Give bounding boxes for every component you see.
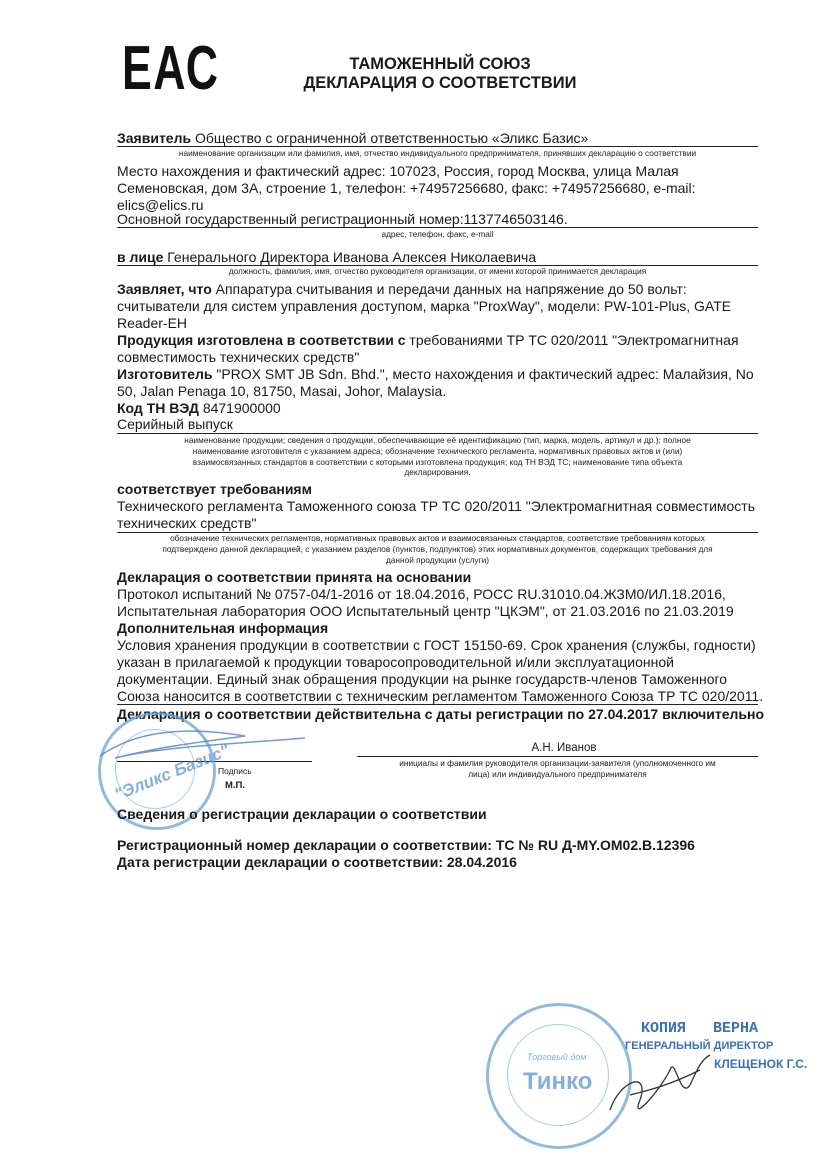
compliance-caption-1: обозначение технических регламентов, нор…	[117, 533, 758, 544]
manufacturer-line-1: Изготовитель "PROX SMT JB Sdn. Bhd.", ме…	[117, 366, 754, 383]
applicant-value: Общество с ограниченной ответственностью…	[191, 130, 588, 146]
registration-heading: Сведения о регистрации декларации о соот…	[117, 806, 487, 823]
compliance-caption-3: данной продукции (услуги)	[117, 555, 758, 566]
signer-name: А.Н. Иванов	[370, 742, 758, 754]
code-line: Код ТН ВЭД 8471900000	[117, 400, 281, 417]
signature-caption: Подпись	[218, 766, 252, 776]
produced-label: Продукция изготовлена в соответствии с	[117, 332, 406, 348]
seal-brand: Тинко	[523, 1068, 592, 1096]
ogrn-line: Основной государственный регистрационный…	[117, 211, 568, 228]
code-label: Код ТН ВЭД	[117, 400, 199, 416]
address-line-1: Место нахождения и фактический адрес: 10…	[117, 163, 679, 180]
signer-caption-line-2: лица) или индивидуального предпринимател…	[357, 769, 758, 780]
validity-line: Декларация о соответствии действительна …	[117, 706, 764, 723]
manufacturer-label: Изготовитель	[117, 366, 212, 382]
seal-subtitle: Торговый дом	[527, 1052, 587, 1062]
compliance-line-2: технических средств"	[117, 515, 256, 532]
declares-label: Заявляет, что	[117, 281, 212, 297]
registration-date: Дата регистрации декларации о соответств…	[117, 854, 517, 871]
compliance-caption-2: подтверждено данной декларацией, с указа…	[117, 544, 758, 555]
representative-line: в лице Генерального Директора Иванова Ал…	[117, 249, 536, 266]
additional-label: Дополнительная информация	[117, 620, 328, 637]
declares-line-2: считыватели для систем управления доступ…	[117, 298, 731, 315]
produced-line-2: совместимость технических средств"	[117, 349, 359, 366]
address-caption: адрес, телефон, факс, e-mail	[117, 229, 758, 240]
product-caption-2: наименование изготовителя с указанием ад…	[117, 446, 758, 457]
representative-caption: должность, фамилия, имя, отчество руково…	[117, 266, 758, 277]
compliance-label: соответствует требованиям	[117, 481, 312, 498]
copy-verified-label: КОПИЯ ВЕРНА	[641, 1020, 758, 1037]
signer-caption: инициалы и фамилия руководителя организа…	[357, 758, 758, 780]
manufacturer-text: "PROX SMT JB Sdn. Bhd.", место нахождени…	[212, 366, 753, 382]
additional-line-4: Союза наносится в соответствии с техниче…	[117, 688, 763, 705]
applicant-line: Заявитель Общество с ограниченной ответс…	[117, 130, 588, 147]
representative-label: в лице	[117, 249, 163, 265]
manufacturer-line-2: 50, Jalan Penaga 10, 81750, Masai, Johor…	[117, 383, 446, 400]
applicant-caption: наименование организации или фамилия, им…	[117, 148, 758, 159]
signer-caption-line-1: инициалы и фамилия руководителя организа…	[357, 758, 758, 769]
serial-line: Серийный выпуск	[117, 416, 233, 433]
director-signature-icon	[600, 1040, 720, 1130]
produced-text: требованиями ТР ТС 020/2011 "Электромагн…	[406, 332, 739, 348]
copy-verified-name: КЛЕЩЕНОК Г.С.	[714, 1057, 807, 1071]
product-caption-4: декларирования.	[117, 467, 758, 478]
code-value: 8471900000	[199, 400, 281, 416]
address-line-2: Семеновская, дом 3А, строение 1, телефон…	[117, 180, 696, 197]
produced-line-1: Продукция изготовлена в соответствии с т…	[117, 332, 739, 349]
basis-line-1: Протокол испытаний № 0757-04/1-2016 от 1…	[117, 586, 726, 603]
applicant-label: Заявитель	[117, 130, 191, 146]
document-title-declaration: ДЕКЛАРАЦИЯ О СООТВЕТСТВИИ	[230, 73, 650, 93]
additional-line-3: документации. Единый знак обращения прод…	[117, 671, 727, 688]
additional-line-1: Условия хранения продукции в соответстви…	[117, 637, 756, 654]
compliance-line-1: Технического регламента Таможенного союз…	[117, 498, 755, 515]
divider	[117, 227, 758, 228]
basis-label: Декларация о соответствии принята на осн…	[117, 569, 471, 586]
declares-line-3: Reader-EH	[117, 315, 187, 332]
registration-number: Регистрационный номер декларации о соотв…	[117, 837, 695, 854]
divider	[117, 146, 758, 147]
basis-line-2: Испытательная лаборатория ООО Испытатель…	[117, 603, 734, 620]
representative-value: Генерального Директора Иванова Алексея Н…	[163, 249, 536, 265]
signer-line	[357, 756, 758, 757]
declares-line-1: Заявляет, что Аппаратура считывания и пе…	[117, 281, 687, 298]
declares-text: Аппаратура считывания и передачи данных …	[212, 281, 687, 297]
eac-logo: ЕАС	[122, 38, 219, 100]
signature-scribble-icon	[95, 726, 315, 766]
seal-caption: М.П.	[225, 780, 245, 791]
divider	[117, 704, 758, 705]
divider	[117, 433, 758, 434]
product-caption-1: наименование продукции; сведения о проду…	[117, 435, 758, 446]
document-title-union: ТАМОЖЕННЫЙ СОЮЗ	[230, 54, 650, 74]
additional-line-2: указан в прилагаемой к продукции товарос…	[117, 654, 674, 671]
